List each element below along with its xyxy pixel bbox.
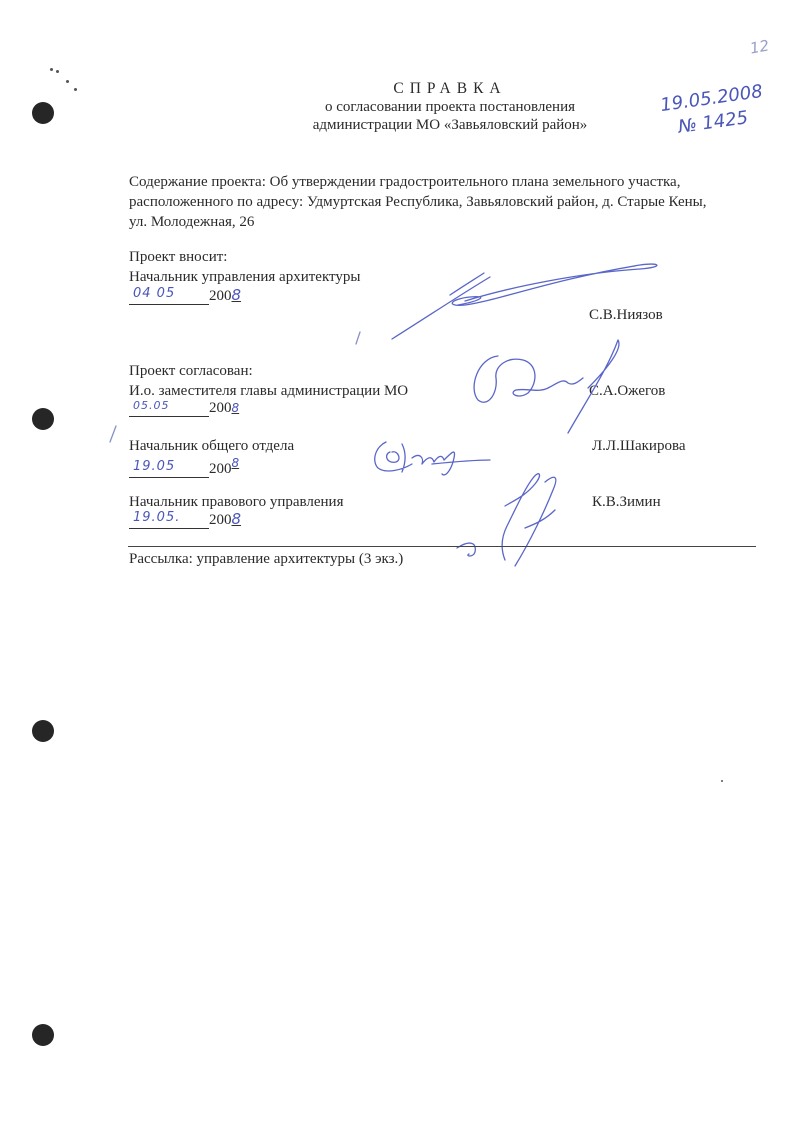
scan-speck — [721, 780, 723, 782]
approver-2-date: 19.052008 — [129, 454, 239, 478]
margin-tick — [108, 424, 118, 444]
punch-hole — [32, 1024, 54, 1046]
divider-line — [128, 546, 756, 547]
handwritten-date: 19.05 — [133, 458, 175, 476]
content-line-2: расположенного по адресу: Удмуртская Рес… — [129, 192, 707, 212]
handwritten-date: 19.05. — [133, 509, 180, 527]
approved-heading: Проект согласован: — [129, 361, 253, 381]
signature-zimin — [455, 470, 585, 570]
page-number-mark: 12 — [749, 36, 771, 57]
scan-speck — [74, 88, 77, 91]
scan-speck — [50, 68, 53, 71]
submitter-date: 04 052008 — [129, 286, 241, 305]
year-suffix: 8 — [232, 401, 240, 415]
signature-niyazov — [390, 255, 670, 345]
title-heading: СПРАВКА — [280, 80, 620, 98]
punch-hole — [32, 408, 54, 430]
year-prefix: 200 — [209, 400, 232, 416]
year-suffix: 8 — [232, 456, 240, 470]
title-subtitle-2: администрации МО «Завьяловский район» — [280, 116, 620, 134]
registration-date: 19.05.2008 — [659, 81, 764, 116]
document-title: СПРАВКА о согласовании проекта постановл… — [280, 80, 620, 134]
year-prefix: 200 — [209, 461, 232, 477]
punch-hole — [32, 102, 54, 124]
margin-tick — [352, 330, 362, 350]
year-suffix: 8 — [232, 286, 242, 304]
content-line-3: ул. Молодежная, 26 — [129, 212, 254, 232]
submitted-heading: Проект вносит: — [129, 247, 227, 267]
signature-ozhegov — [468, 338, 628, 438]
handwritten-date: 05.05 — [133, 397, 170, 415]
scan-speck — [56, 70, 59, 73]
approver-3-date: 19.05.2008 — [129, 510, 241, 529]
year-prefix: 200 — [209, 288, 232, 304]
year-prefix: 200 — [209, 512, 232, 528]
scan-speck — [66, 80, 69, 83]
approver-3-name: К.В.Зимин — [592, 492, 661, 512]
approver-1-position: И.о. заместителя главы администрации МО — [129, 381, 408, 401]
approver-2-position: Начальник общего отдела — [129, 436, 294, 456]
distribution-note: Рассылка: управление архитектуры (3 экз.… — [129, 549, 403, 569]
approver-1-date: 05.052008 — [129, 399, 239, 417]
year-suffix: 8 — [232, 510, 242, 528]
punch-hole — [32, 720, 54, 742]
content-line-1: Содержание проекта: Об утверждении градо… — [129, 172, 680, 192]
title-subtitle-1: о согласовании проекта постановления — [280, 98, 620, 116]
approver-2-name: Л.Л.Шакирова — [592, 436, 686, 456]
submitter-position: Начальник управления архитектуры — [129, 267, 360, 287]
handwritten-date: 04 05 — [133, 285, 175, 303]
